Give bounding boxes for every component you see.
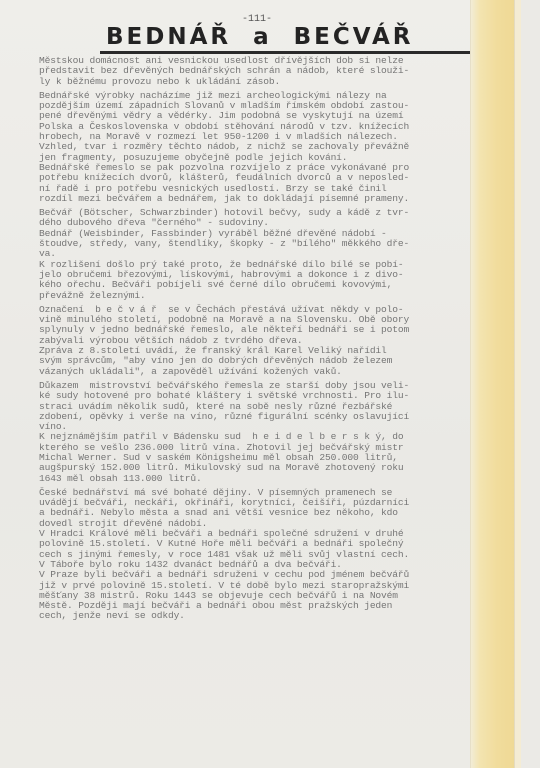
document-body: Městskou domácnost ani vesnickou usedlos… [39, 56, 459, 622]
paragraph: V Praze byli bečváři a bednáři sdruženi … [39, 570, 459, 621]
paragraph: Městskou domácnost ani vesnickou usedlos… [39, 56, 459, 87]
text-line: rozdíl mezi bečvářem a bednářem, jak to … [39, 194, 459, 204]
paragraph: Bednářské výrobky nacházíme již mezi arc… [39, 91, 459, 163]
binding-edge [470, 0, 515, 768]
paragraph: K nejznámějším patřil v Bádensku sud h e… [39, 432, 459, 483]
text-line: V Praze byli bečváři a bednáři sdruženi … [39, 570, 459, 580]
title-underline [100, 51, 518, 54]
text-line: 1643 měl obsah 113.000 litrů. [39, 474, 459, 484]
paragraph: Bednářské řemeslo se pak pozvolna rozvíj… [39, 163, 459, 204]
text-line: ly k běžnému provozu nebo k ukládání zás… [39, 77, 459, 87]
paragraph: Bednář (Weisbinder, Fassbinder) vyráběl … [39, 229, 459, 260]
paragraph: V Hradci Králové měli bečváři a bednáři … [39, 529, 459, 570]
paragraph: Označení b e č v á ř se v Čechách přestá… [39, 305, 459, 346]
paragraph: České bednářství má své bohaté dějiny. V… [39, 488, 459, 529]
text-line: cech, jenže neví se odkdy. [39, 611, 459, 621]
scan-margin [521, 0, 540, 768]
text-line: kého ořechu. Bečváři pobíjeli své černé … [39, 280, 459, 290]
paragraph: K rozlišení došlo prý také proto, že bed… [39, 260, 459, 301]
text-line: ké sudy hotovené pro bohaté kláštery i s… [39, 391, 459, 401]
paragraph: Zpráva z 8.století uvádí, že franský krá… [39, 346, 459, 377]
paragraph: Bečvář (Bötscher, Schwarzbinder) hotovil… [39, 208, 459, 229]
text-line: zdobení, opěvky i verše na víno, různé f… [39, 412, 459, 422]
text-line: vázaných ukládali", a zapověděl užívání … [39, 367, 459, 377]
page-title: BEDNÁŘ a BEČVÁŘ [106, 24, 414, 50]
document-page: -111- BEDNÁŘ a BEČVÁŘ Městskou domácnost… [0, 0, 470, 768]
text-line: převážně železnými. [39, 291, 459, 301]
paragraph: Důkazem mistrovství bečvářského řemesla … [39, 381, 459, 432]
text-line: štoudve, středy, vany, štendlíky, škopky… [39, 239, 459, 249]
